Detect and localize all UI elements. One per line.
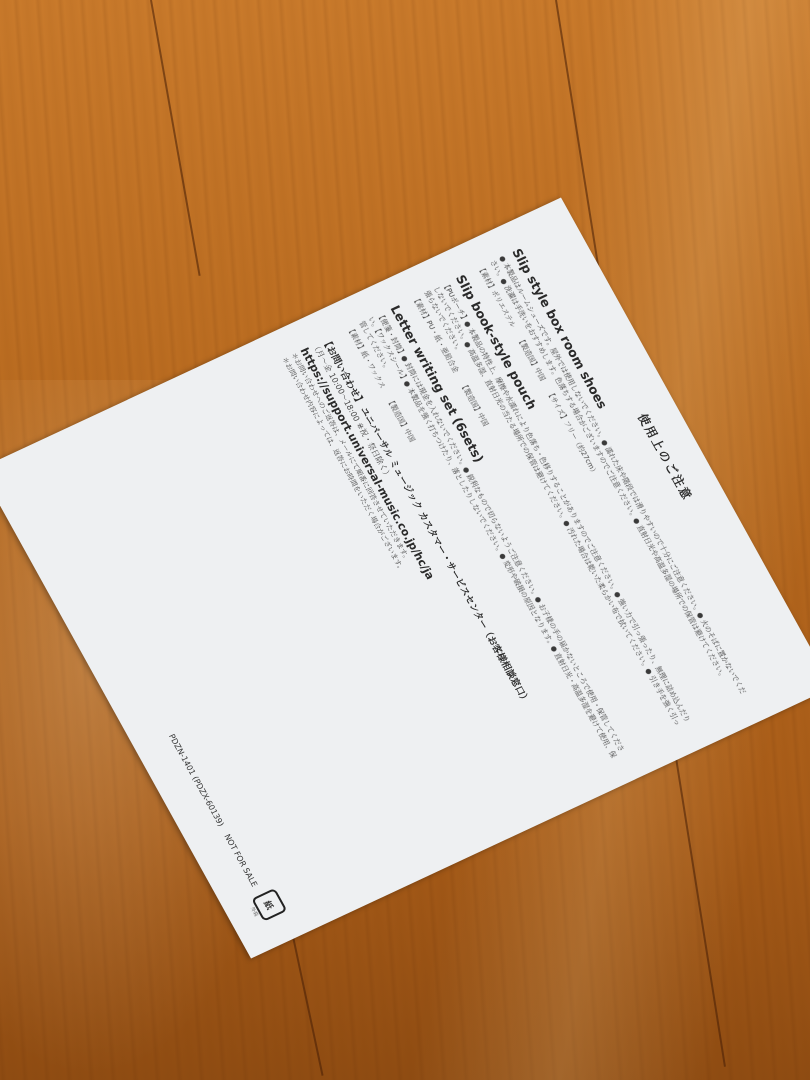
table-seam — [150, 0, 201, 276]
card-title: 使用上のご注意 — [535, 233, 795, 681]
